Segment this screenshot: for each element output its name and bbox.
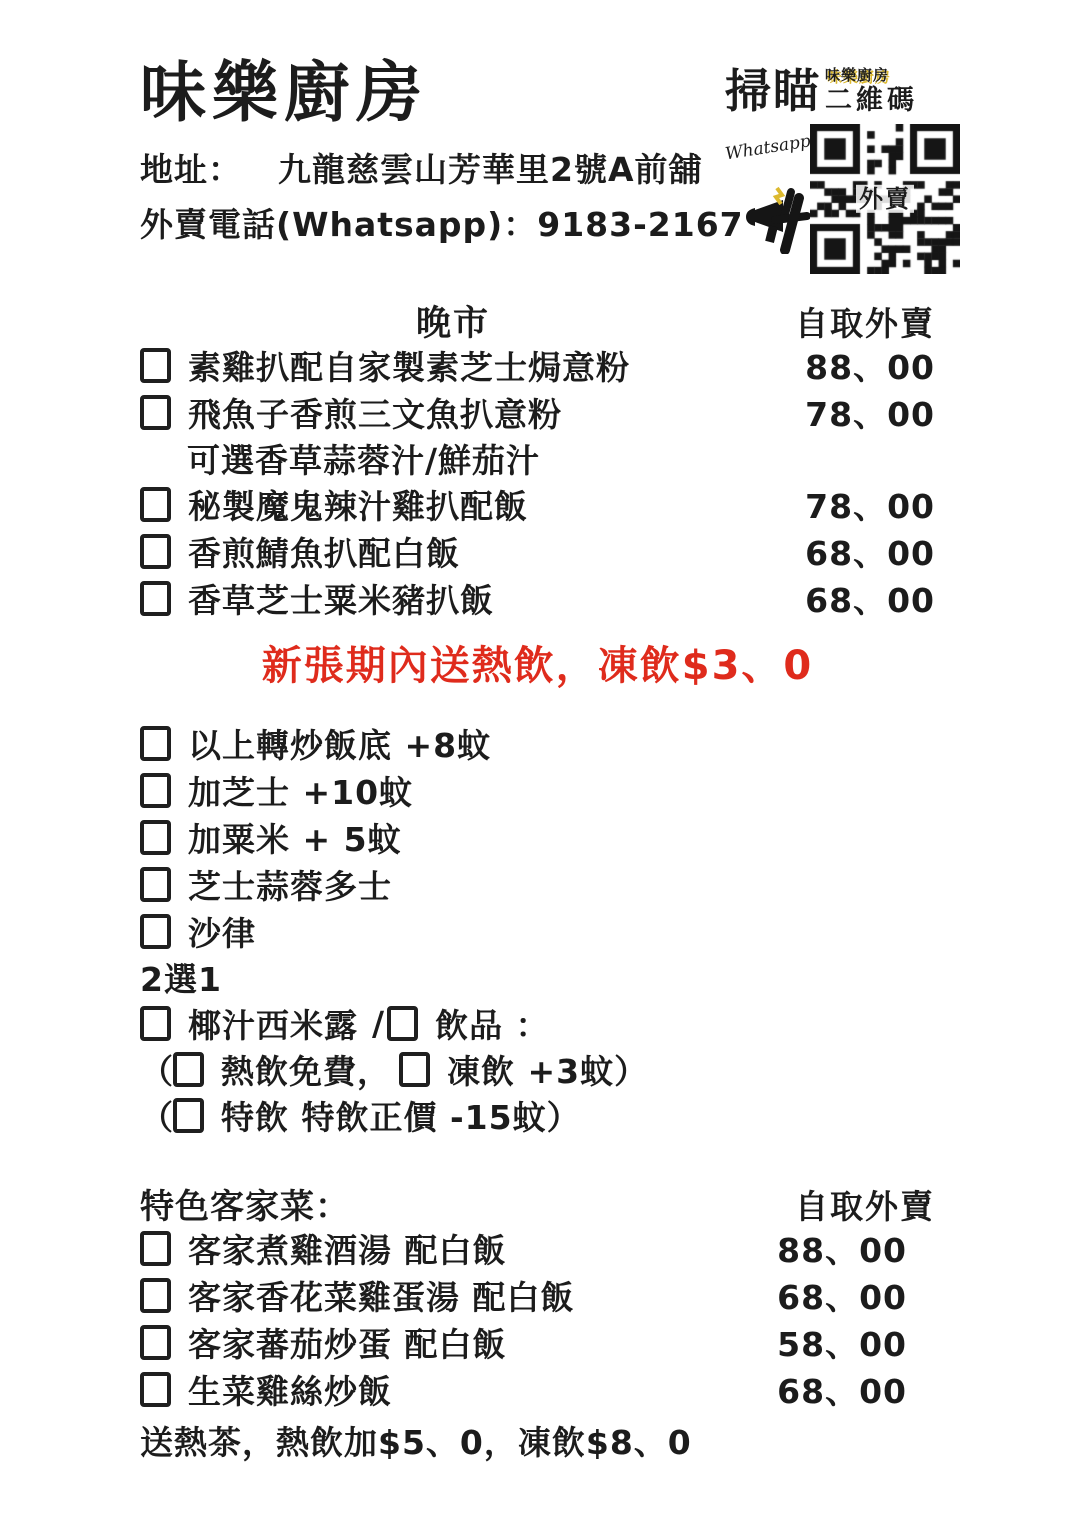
spark-icon <box>776 188 782 204</box>
item-checkbox[interactable] <box>140 914 171 949</box>
item-checkbox[interactable] <box>173 1098 204 1133</box>
addon-row: 芝士蒜蓉多士 <box>140 861 935 908</box>
item-checkbox[interactable] <box>140 487 171 522</box>
addon-row: 加粟米 + 5蚊 <box>140 814 935 861</box>
hakka-footer: 送熱茶，熱飲加$5、0，凍飲$8、0 <box>140 1417 935 1464</box>
item-name: 飛魚子香煎三文魚扒意粉 <box>188 389 562 436</box>
hakka-section-title: 特色客家菜： <box>140 1179 350 1228</box>
qr-block: 掃瞄 味樂廚房 二維碼 Whatsapp <box>725 68 960 274</box>
item-checkbox[interactable] <box>140 867 171 902</box>
scan-big-text: 掃瞄 <box>725 68 821 114</box>
address-label: 地址： <box>140 150 242 189</box>
item-price: 68、00 <box>777 1366 907 1413</box>
item-name: 客家煮雞酒湯 配白飯 <box>188 1225 507 1272</box>
paren-text: （ <box>140 1046 173 1093</box>
item-name: 素雞扒配自家製素芝士焗意粉 <box>188 342 630 389</box>
hakka-item-row: 生菜雞絲炒飯 68、00 <box>140 1366 935 1413</box>
hakka-item-row: 客家香花菜雞蛋湯 配白飯 68、00 <box>140 1272 935 1319</box>
addon-row: 以上轉炒飯底 +8蚊 <box>140 720 935 767</box>
dinner-title: 晚市 <box>416 296 490 346</box>
brand-small-text: 味樂廚房 <box>825 68 918 83</box>
item-price: 78、00 <box>805 389 935 436</box>
choice-select-label: 2選1 <box>140 955 935 1001</box>
dinner-head-row: 晚市 自取外賣 <box>140 296 935 342</box>
scan-right: 味樂廚房 二維碼 <box>825 68 918 116</box>
qr-center-label: 外賣 <box>856 184 914 212</box>
megaphone-icon <box>725 158 811 254</box>
scan-heading: 掃瞄 味樂廚房 二維碼 <box>725 68 960 116</box>
drink-option-row: 椰汁西米露 / 飲品 ： <box>140 1001 935 1047</box>
price-column-header: 自取外賣 <box>795 298 935 345</box>
drink-option-row: （ 熱飲免費， 凍飲 +3蚊） <box>140 1047 935 1093</box>
drink-option-b: 凍飲 +3蚊） <box>447 1046 648 1093</box>
qr-code: 外賣 <box>810 124 960 274</box>
drink-option-a: 特飲 特飲正價 -15蚊） <box>221 1092 581 1139</box>
drinks-section: 2選1 椰汁西米露 / 飲品 ： （ 熱飲免費， 凍飲 +3蚊） （ 特飲 特飲… <box>140 955 935 1139</box>
item-checkbox[interactable] <box>140 773 171 808</box>
item-checkbox[interactable] <box>140 534 171 569</box>
menu-item-row: 香煎鯖魚扒配白飯 68、00 <box>140 528 935 575</box>
hakka-item-row: 客家煮雞酒湯 配白飯 88、00 <box>140 1225 935 1272</box>
hakka-item-row: 客家蕃茄炒蛋 配白飯 58、00 <box>140 1319 935 1366</box>
item-price: 58、00 <box>777 1319 907 1366</box>
item-checkbox[interactable] <box>140 1231 171 1266</box>
addon-name: 加粟米 + 5蚊 <box>188 814 402 861</box>
promo-banner: 新張期內送熱飲，凍飲$3、0 <box>140 638 935 694</box>
item-checkbox[interactable] <box>387 1006 418 1041</box>
menu-page: 味樂廚房 地址：九龍慈雲山芳華里2號A前舖 外賣電話(Whatsapp)：918… <box>0 0 1080 1533</box>
hakka-head-row: 特色客家菜： 自取外賣 <box>140 1179 935 1225</box>
menu-content: 味樂廚房 地址：九龍慈雲山芳華里2號A前舖 外賣電話(Whatsapp)：918… <box>140 56 935 1464</box>
item-checkbox[interactable] <box>140 1325 171 1360</box>
hakka-price-header: 自取外賣 <box>795 1181 935 1228</box>
item-price: 88、00 <box>805 342 935 389</box>
item-checkbox[interactable] <box>140 581 171 616</box>
item-name: 生菜雞絲炒飯 <box>188 1366 392 1413</box>
drink-option-row: （ 特飲 特飲正價 -15蚊） <box>140 1093 935 1139</box>
addons-section: 以上轉炒飯底 +8蚊 加芝士 +10蚊 加粟米 + 5蚊 芝士蒜蓉多士 沙律 <box>140 720 935 955</box>
slash-separator: / <box>372 1004 385 1043</box>
item-price: 78、00 <box>805 481 935 528</box>
addon-name: 以上轉炒飯底 +8蚊 <box>188 720 491 767</box>
menu-item-row: 香草芝士粟米豬扒飯 68、00 <box>140 575 935 622</box>
addon-name: 芝士蒜蓉多士 <box>188 861 392 908</box>
item-price: 68、00 <box>805 528 935 575</box>
item-checkbox[interactable] <box>140 348 171 383</box>
item-price: 68、00 <box>805 575 935 622</box>
drink-option-b: 飲品 ： <box>435 1000 550 1047</box>
item-note: 可選香草蒜蓉汁/鮮茄汁 <box>140 436 935 481</box>
item-checkbox[interactable] <box>140 1006 171 1041</box>
item-checkbox[interactable] <box>140 726 171 761</box>
item-price: 68、00 <box>777 1272 907 1319</box>
drink-option-a: 椰汁西米露 <box>188 1000 358 1047</box>
item-name: 客家蕃茄炒蛋 配白飯 <box>188 1319 507 1366</box>
item-name: 香草芝士粟米豬扒飯 <box>188 575 494 622</box>
addon-name: 加芝士 +10蚊 <box>188 767 413 814</box>
drink-option-a: 熱飲免費， <box>221 1046 391 1093</box>
item-name: 客家香花菜雞蛋湯 配白飯 <box>188 1272 575 1319</box>
hakka-section: 特色客家菜： 自取外賣 客家煮雞酒湯 配白飯 88、00 客家香花菜雞蛋湯 配白… <box>140 1179 935 1464</box>
paren-text: （ <box>140 1092 173 1139</box>
menu-item-row: 秘製魔鬼辣汁雞扒配飯 78、00 <box>140 481 935 528</box>
qr-row: Whatsapp 外賣 <box>725 124 960 274</box>
item-name: 香煎鯖魚扒配白飯 <box>188 528 460 575</box>
dinner-section: 晚市 自取外賣 素雞扒配自家製素芝士焗意粉 88、00 飛魚子香煎三文魚扒意粉 … <box>140 296 935 622</box>
item-checkbox[interactable] <box>173 1052 204 1087</box>
item-checkbox[interactable] <box>140 1278 171 1313</box>
addon-name: 沙律 <box>188 908 256 955</box>
item-checkbox[interactable] <box>399 1052 430 1087</box>
addon-row: 沙律 <box>140 908 935 955</box>
scan-rest-text: 二維碼 <box>825 86 918 116</box>
menu-item-row: 素雞扒配自家製素芝士焗意粉 88、00 <box>140 342 935 389</box>
address-text: 九龍慈雲山芳華里2號A前舖 <box>278 150 703 189</box>
qr-left: Whatsapp <box>725 124 809 274</box>
addon-row: 加芝士 +10蚊 <box>140 767 935 814</box>
item-name: 秘製魔鬼辣汁雞扒配飯 <box>188 481 528 528</box>
item-price: 88、00 <box>777 1225 907 1272</box>
menu-item-row: 飛魚子香煎三文魚扒意粉 78、00 <box>140 389 935 436</box>
item-checkbox[interactable] <box>140 820 171 855</box>
item-checkbox[interactable] <box>140 1372 171 1407</box>
item-checkbox[interactable] <box>140 395 171 430</box>
